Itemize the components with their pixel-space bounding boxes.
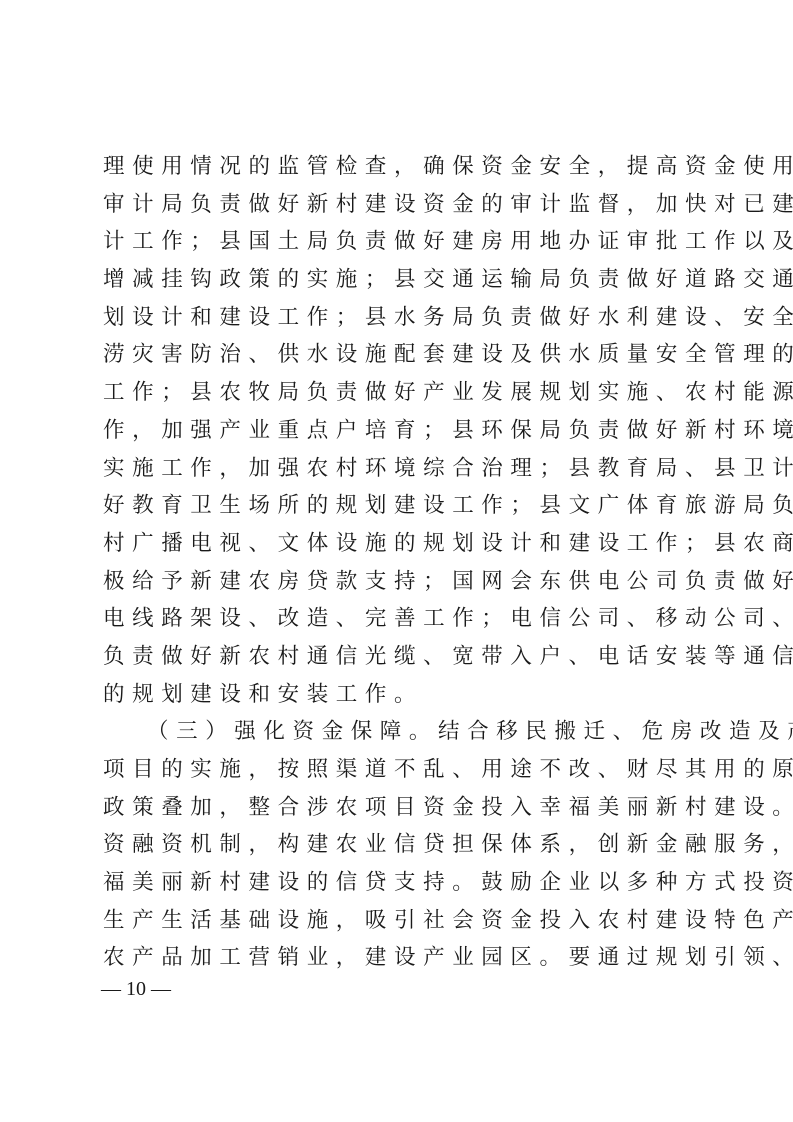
- document-page: 理使用情况的监管检查，确保资金安全，提高资金使用效益；县 审计局负责做好新村建设…: [0, 0, 793, 1122]
- text-line: 工作；县农牧局负责做好产业发展规划实施、农村能源建设等工: [103, 374, 693, 412]
- text-line: 福美丽新村建设的信贷支持。鼓励企业以多种方式投资建设农村: [103, 864, 693, 902]
- text-line: 负责做好新农村通信光缆、宽带入户、电话安装等通信设施设备: [103, 638, 693, 676]
- text-line: 生产生活基础设施，吸引社会资金投入农村建设特色产业，发展: [103, 902, 693, 940]
- text-line: 的规划建设和安装工作。: [103, 676, 693, 714]
- text-line: 涝灾害防治、供水设施配套建设及供水质量安全管理的规划实施: [103, 336, 693, 374]
- text-line: 资融资机制，构建农业信贷担保体系，创新金融服务，加大对幸: [103, 826, 693, 864]
- text-line: 极给予新建农房贷款支持；国网会东供电公司负责做好新农村输: [103, 563, 693, 601]
- text-line: 实施工作，加强农村环境综合治理；县教育局、县卫计局负责做: [103, 450, 693, 488]
- text-line: 审计局负责做好新村建设资金的审计监督，加快对已建工程的审: [103, 186, 693, 224]
- text-line: 好教育卫生场所的规划建设工作；县文广体育旅游局负责做好新: [103, 487, 693, 525]
- text-line: 理使用情况的监管检查，确保资金安全，提高资金使用效益；县: [103, 148, 693, 186]
- text-line: 划设计和建设工作；县水务局负责做好水利建设、安全饮水、洪: [103, 299, 693, 337]
- text-line: 项目的实施，按照渠道不乱、用途不改、财尽其用的原则，强化: [103, 751, 693, 789]
- text-line: 村广播电视、文体设施的规划设计和建设工作；县农商银行要积: [103, 525, 693, 563]
- text-line: 增减挂钩政策的实施；县交通运输局负责做好道路交通设施的规: [103, 261, 693, 299]
- text-line: 计工作；县国土局负责做好建房用地办证审批工作以及土地整理: [103, 223, 693, 261]
- body-text: 理使用情况的监管检查，确保资金安全，提高资金使用效益；县 审计局负责做好新村建设…: [103, 148, 693, 977]
- text-line: 农产品加工营销业，建设产业园区。要通过规划引领、政策激励、: [103, 939, 693, 977]
- section-heading-line: （三）强化资金保障。结合移民搬迁、危房改造及产业发展: [103, 713, 693, 751]
- page-number: — 10 —: [101, 978, 171, 1001]
- text-line: 电线路架设、改造、完善工作；电信公司、移动公司、联通公司: [103, 600, 693, 638]
- text-line: 作，加强产业重点户培育；县环保局负责做好新村环境治理规划: [103, 412, 693, 450]
- text-line: 政策叠加，整合涉农项目资金投入幸福美丽新村建设。要健全投: [103, 789, 693, 827]
